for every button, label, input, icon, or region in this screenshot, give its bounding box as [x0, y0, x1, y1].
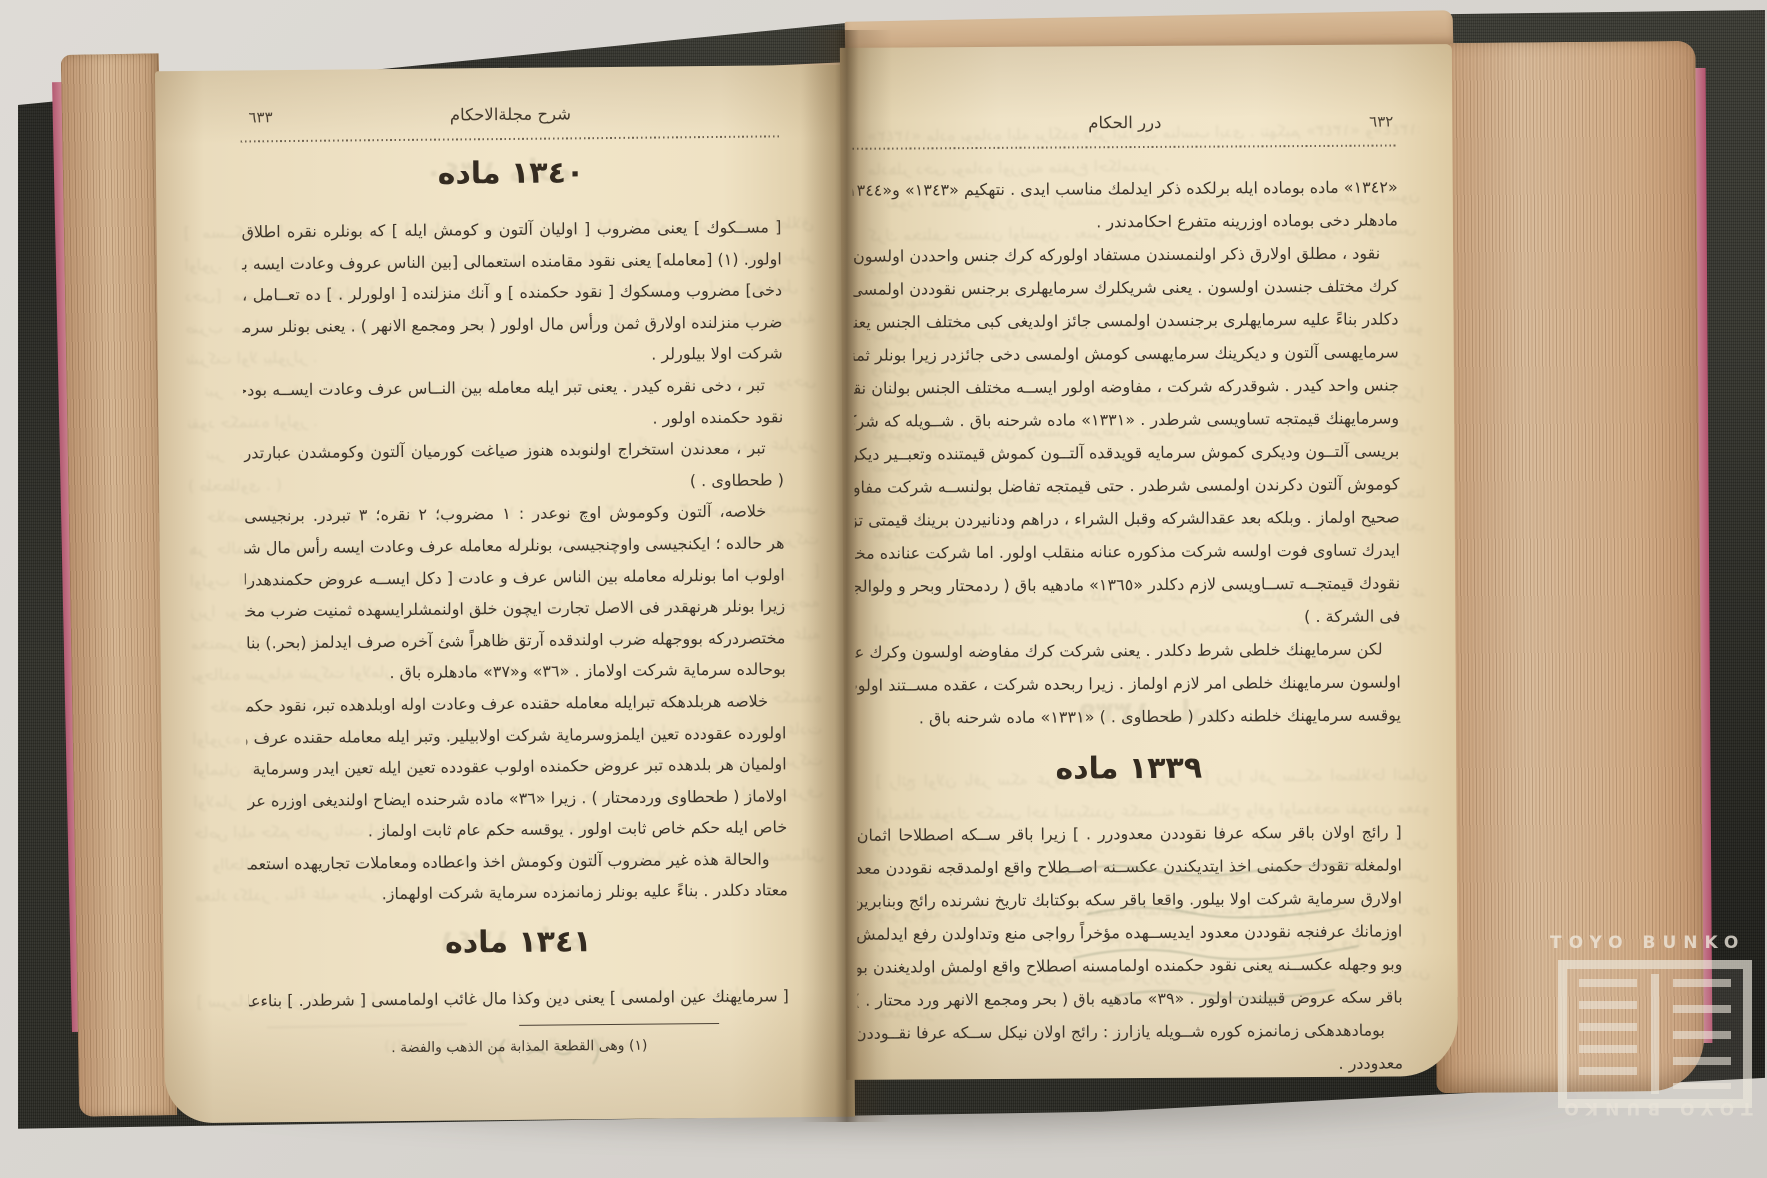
text-line: فى الشركة . ) — [855, 599, 1400, 635]
text-line: اولور. (١) [معامله] يعنى نقود مقامنده اس… — [242, 243, 782, 280]
page-number: ٦٣٢ — [1369, 108, 1393, 134]
text-line: مختصردركه بووجهله ضرب اولندقده آرتق ظاهر… — [245, 622, 785, 659]
footnote: (١) وهى القطعة المذابة من الذهب والفضة . — [249, 1022, 789, 1062]
running-head: ٦٣٣ شرح مجلةالاحكام — [240, 99, 780, 130]
header-rule — [852, 144, 1397, 149]
paragraph: خلاصه هربلدهكه تبرايله معامله حقنده عرف … — [246, 685, 787, 848]
text-line: دكلدر بناءً عليه سرمايهلرى برجنسدن اولمس… — [853, 302, 1398, 338]
right-page: «١٣٤٢» ماده بوماده ايله برلكده ذكر ايدلم… — [840, 44, 1458, 1080]
text-line: [ سرمايهنك عين اولمسى ] يعنى دين وكذا ما… — [249, 980, 789, 1017]
text-line: معتاد دكلدر . بناءً عليه بونلر زمانمزده … — [248, 875, 788, 912]
running-title: درر الحكام — [1088, 113, 1161, 132]
text-line: اولورده عقودده تعين ايلمزوسرماية شركت او… — [246, 717, 786, 754]
text-line: اولاماز ( طحطاوى وردمحتار ) . زيرا «٣٦» … — [247, 780, 787, 817]
text-line: ( طحطاوى . ) — [244, 464, 784, 501]
text-line: خلاصه هربلدهكه تبرايله معامله حقنده عرف … — [246, 685, 786, 722]
text-line: شركت اولا بيلورلر . — [243, 338, 783, 375]
text-line: كرك مختلف جنسدن اولسون . يعنى شريكلرك سر… — [853, 269, 1398, 305]
paragraph: بومادهدهكى زمانمزه كوره شــويله يازارز :… — [858, 1013, 1403, 1082]
paragraph: والحالة هذه غير مضروب آلتون وكومش اخذ وا… — [247, 843, 788, 911]
text-line: يوقسه سرمايهنك خلطنه دكلدر ( طحطاوى . ) … — [856, 698, 1401, 734]
paragraph: «١٣٤٢» ماده بوماده ايله برلكده ذكر ايدلم… — [853, 170, 1398, 239]
article-heading: ١٣٣٩ ماده — [856, 741, 1401, 796]
text-line: كوموش آلتون دكرندن اولمسى شرطدر . حتى قي… — [854, 467, 1399, 503]
article-heading: ١٣٤١ ماده — [248, 914, 788, 971]
text-line: خاص ايله حكم خاص ثابت اولور . يوقسه حكم … — [247, 812, 787, 849]
text-line: بوحالده سرماية شركت اولاماز . «٣٦» و«٣٧»… — [246, 654, 786, 691]
text-line: (١) وهى القطعة المذابة من الذهب والفضة . — [249, 1031, 789, 1062]
article-heading: ١٣٤٠ ماده — [241, 145, 781, 202]
text-line: وبو وجهله عكســنه يعنى نقود حكمنده اولما… — [857, 947, 1402, 983]
text-line: وسرمايهنك قيمتجه تساويسى شرطدر . «١٣٣١» … — [854, 401, 1399, 437]
text-line: بومادهدهكى زمانمزه كوره شــويله يازارز :… — [858, 1013, 1403, 1049]
foreedge-right — [1427, 41, 1704, 1093]
paragraph: تبر ، دخى نقره كيدر . يعنى تبر ايله معام… — [243, 369, 784, 437]
paragraph: [ مســكوك ] يعنى مضروب [ اوليان آلتون و … — [241, 211, 782, 374]
running-title: شرح مجلةالاحكام — [450, 104, 571, 124]
text-line: اوزمانك عرفنجه نقوددن معدود ايديســهده م… — [857, 914, 1402, 950]
text-line: خلاصه، آلتون وكوموش اوچ نوعدر : ١ مضروب؛… — [244, 496, 784, 533]
text-line: «١٣٤٢» ماده بوماده ايله برلكده ذكر ايدلم… — [853, 170, 1398, 206]
text-line: دخى] مضروب ومسكوك [ نقود حكمنده ] و آنك … — [242, 275, 782, 312]
paragraph: لكن سرمايهنك خلطى شرط دكلدر . يعنى شركت … — [855, 632, 1401, 734]
page-body: ١٣٤٠ ماده[ مســكوك ] يعنى مضروب [ اوليان… — [241, 145, 790, 1062]
text-line: نقودك قيمتجــه تســاويسى لازم دكلدر «١٣٦… — [855, 566, 1400, 602]
text-line: ضرب منزلنده اولارق ثمن ورأس مال اولور ( … — [242, 306, 782, 343]
text-line: جنس واحد كيدر . شوقدركه شركت ، مفاوضه او… — [854, 368, 1399, 404]
text-line: بريسى آلتــون وديكرى كموش سرمايه قويدقده… — [854, 434, 1399, 470]
paragraph: خلاصه، آلتون وكوموش اوچ نوعدر : ١ مضروب؛… — [244, 496, 786, 691]
left-page: ١٣٤٠ ماده[ مســكوك ] يعنى مضروب [ اوليان… — [155, 65, 855, 1124]
text-line: [ رائج اولان باقر سكه عرفا نقوددن معدودر… — [857, 815, 1402, 851]
text-line: اولوب اما بونلرله معامله بين الناس عرف و… — [245, 559, 785, 596]
page-number: ٦٣٣ — [248, 104, 272, 130]
text-line: تبر ، معدندن استخراج اولنوبده هنوز صياغت… — [243, 432, 783, 469]
text-line: زيرا بونلر هرنهقدر فى الاصل تجارت ايچون … — [245, 590, 785, 627]
paragraph: [ سرمايهنك عين اولمسى ] يعنى دين وكذا ما… — [249, 980, 789, 1017]
text-line: صحيح اولماز . وبلكه بعد عقدالشركه وقبل ا… — [855, 500, 1400, 536]
text-line: اولسون سرمايهنك خلطى امر لازم اولماز . ز… — [856, 665, 1401, 701]
running-head: ٦٣٢ درر الحكام — [852, 108, 1397, 137]
text-line: مادهلر دخى بوماده اوزرينه متفرع احكامدند… — [853, 203, 1398, 239]
text-line: هر حالده ؛ ايكنجيسى واوچنجيسى، بونلرله م… — [244, 527, 784, 564]
paragraph: تبر ، معدندن استخراج اولنوبده هنوز صياغت… — [243, 432, 784, 500]
text-line: معدوددر . — [858, 1046, 1403, 1082]
text-line: نقود حكمنده اولور . — [243, 401, 783, 438]
paragraph: نقود ، مطلق اولارق ذكر اولنمسندن مستفاد … — [853, 236, 1400, 635]
text-line: اولمغله نقودك حكمنى اخذ ايتديكندن عكســن… — [857, 848, 1402, 884]
text-line: والحالة هذه غير مضروب آلتون وكومش اخذ وا… — [247, 843, 787, 880]
text-line: ايدرك تساوى فوت اولسه شركت مذكوره عنانه … — [855, 533, 1400, 569]
text-line: سرمايهسى آلتون و ديكرينك سرمايهسى كومش ا… — [854, 335, 1399, 371]
text-line: اولميان هر بلدهده تبر عروض حكمنده اولوب … — [247, 748, 787, 785]
header-rule — [241, 135, 781, 142]
text-line: لكن سرمايهنك خلطى شرط دكلدر . يعنى شركت … — [855, 632, 1400, 668]
text-line: [ مســكوك ] يعنى مضروب [ اوليان آلتون و … — [241, 211, 781, 248]
page-body: «١٣٤٢» ماده بوماده ايله برلكده ذكر ايدلم… — [853, 170, 1404, 1082]
paragraph: [ رائج اولان باقر سكه عرفا نقوددن معدودر… — [857, 815, 1403, 1016]
text-line: نقود ، مطلق اولارق ذكر اولنمسندن مستفاد … — [853, 236, 1398, 272]
text-line: اولارق سرماية شركت اولا بيلور. واقعا باق… — [857, 881, 1402, 917]
text-line: باقر سكه عروض قبيلندن اولور . «٣٩» مادهي… — [858, 980, 1403, 1016]
text-line: تبر ، دخى نقره كيدر . يعنى تبر ايله معام… — [243, 369, 783, 406]
